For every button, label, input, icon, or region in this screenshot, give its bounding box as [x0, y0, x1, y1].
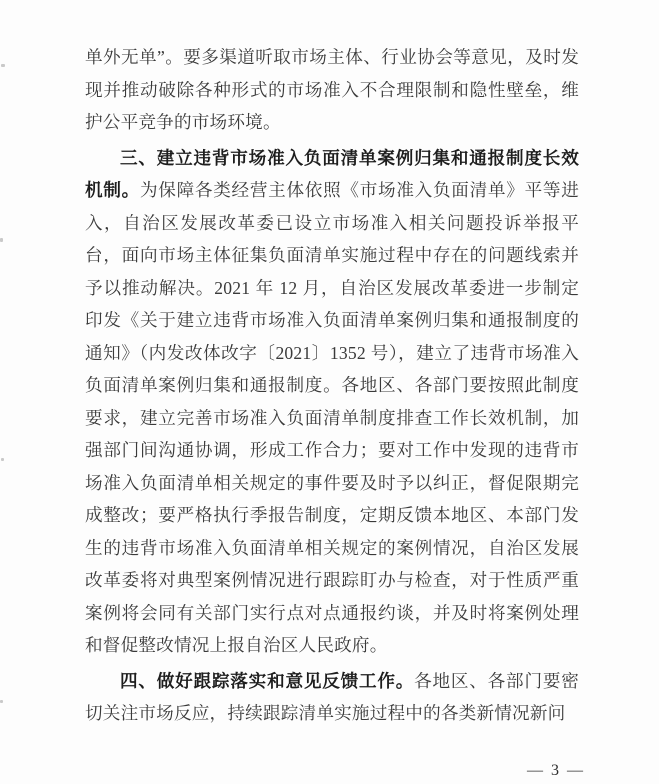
section-four-heading: 四、做好跟踪落实和意见反馈工作。	[120, 671, 414, 691]
scan-speck	[0, 238, 3, 242]
paragraph-text: 为保障各类经营主体依照《市场准入负面清单》平等进入，自治区发展改革委已设立市场准…	[85, 180, 579, 655]
paragraph-continuation: 单外无单”。要多渠道听取市场主体、行业协会等意见，及时发现并推动破除各种形式的市…	[85, 41, 579, 139]
scan-speck	[0, 700, 3, 703]
page-number: — 3 —	[527, 762, 585, 780]
scan-speck	[1, 458, 4, 461]
paragraph-text: 单外无单”。要多渠道听取市场主体、行业协会等意见，及时发现并推动破除各种形式的市…	[85, 47, 579, 132]
document-page: 单外无单”。要多渠道听取市场主体、行业协会等意见，及时发现并推动破除各种形式的市…	[0, 0, 659, 784]
scan-speck	[1, 64, 5, 67]
paragraph-section-three: 三、建立违背市场准入负面清单案例归集和通报制度长效机制。为保障各类经营主体依照《…	[85, 142, 579, 662]
document-body: 单外无单”。要多渠道听取市场主体、行业协会等意见，及时发现并推动破除各种形式的市…	[85, 41, 579, 733]
paragraph-section-four: 四、做好跟踪落实和意见反馈工作。各地区、各部门要密切关注市场反应，持续跟踪清单实…	[85, 665, 579, 730]
